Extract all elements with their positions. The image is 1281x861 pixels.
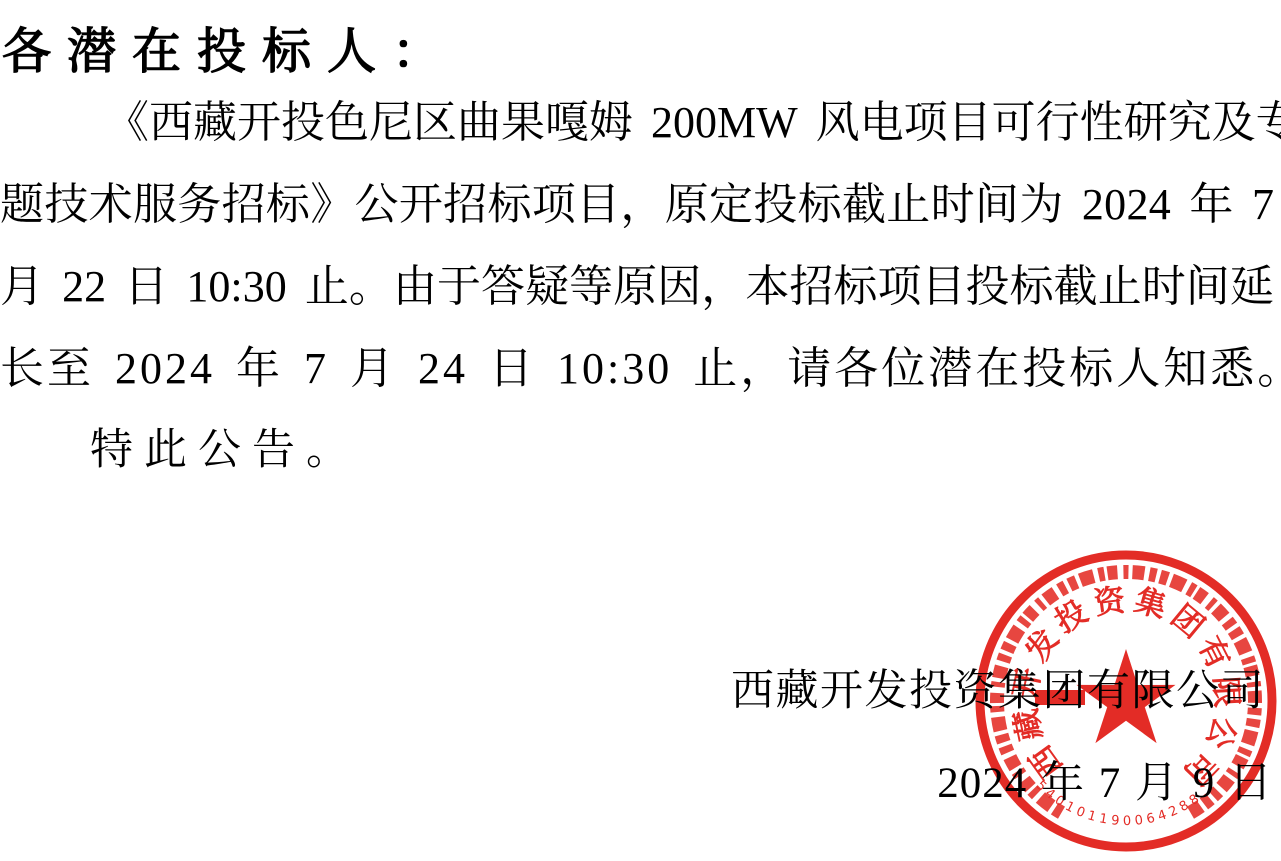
body-line-2: 题技术服务招标》公开招标项目，原定投标截止时间为2024年7 — [0, 181, 1274, 229]
body-line-1: 《西藏开投色尼区曲果嘎姆200MW风电项目可行性研究及专 — [105, 99, 1274, 147]
body-line-4: 长至 2024 年 7 月 24 日 10:30 止，请各位潜在投标人知悉。 — [0, 345, 1274, 393]
closing-line: 特此公告。 — [90, 416, 360, 477]
svg-text:540101190064288: 540101190064288 — [1033, 778, 1206, 829]
company-seal: 西藏开发投资集团有限公司 540101190064288 — [973, 548, 1279, 854]
seal-ink-smear — [1035, 690, 1085, 705]
announcement-page: 各潜在投标人： 《西藏开投色尼区曲果嘎姆200MW风电项目可行性研究及专 题技术… — [0, 0, 1281, 861]
greeting-line: 各潜在投标人： — [2, 13, 457, 83]
seal-serial-number: 540101190064288 — [1033, 778, 1206, 829]
seal-star — [1077, 649, 1176, 743]
body-line-3: 月22日10:30止。由于答疑等原因，本招标项目投标截止时间延 — [0, 263, 1274, 311]
